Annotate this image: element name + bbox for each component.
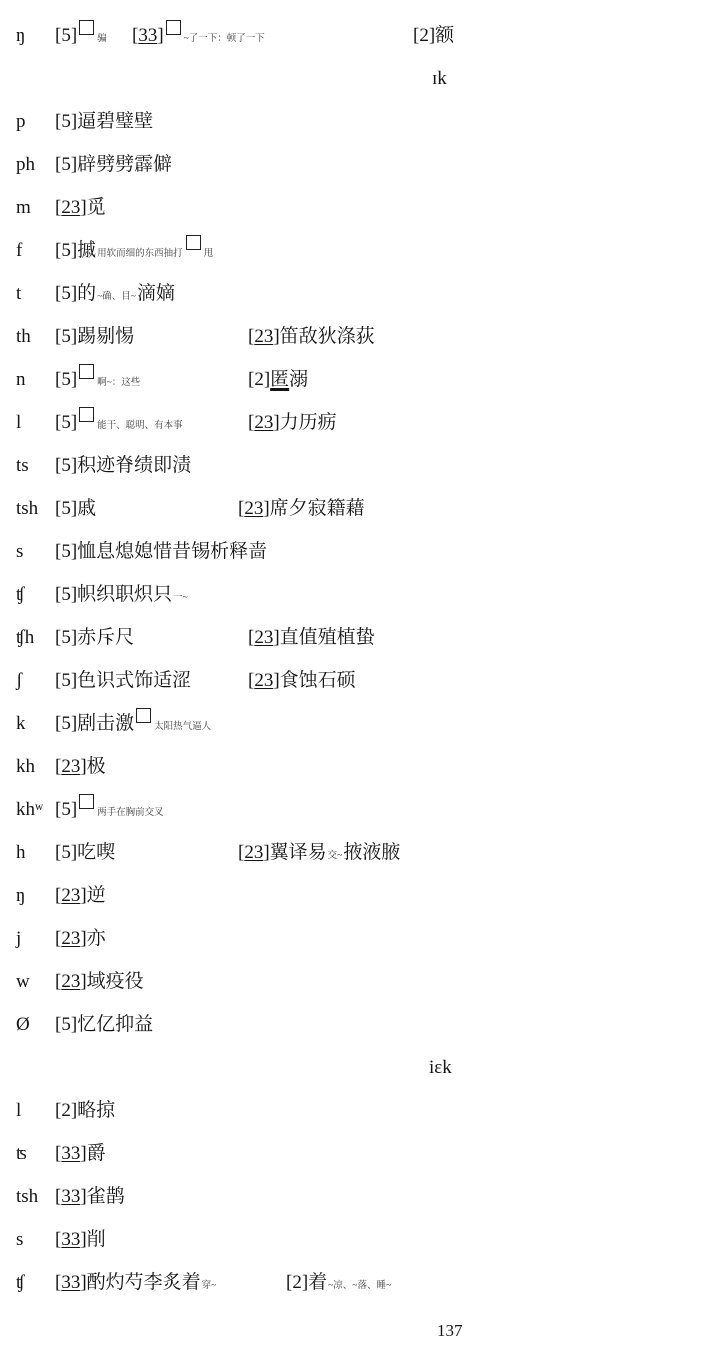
tone-value: 23 — [61, 928, 80, 949]
gloss-note: 啊~：这些 — [97, 378, 140, 388]
syllable-row: l2略掠 — [0, 1089, 720, 1132]
tone-marker: 23 — [55, 756, 87, 777]
characters: 域疫役 — [87, 971, 144, 992]
tone-value: 23 — [254, 670, 273, 691]
syllable-row: n5□啊~：这些2匿溺 — [0, 358, 720, 401]
characters: 酌灼芍李炙着 — [87, 1272, 201, 1293]
tone-value: 5 — [61, 111, 71, 132]
syllable-row: k5剧击激□太阳热气逼人 — [0, 702, 720, 745]
tone-marker: 23 — [55, 885, 87, 906]
tone-entry: 5□骗 — [55, 14, 108, 61]
tone-value: 2 — [419, 25, 429, 46]
characters: 逆 — [87, 885, 106, 906]
tone-value: 23 — [61, 756, 80, 777]
initial-consonant: ŋ — [16, 874, 25, 917]
tone-entry: 5辟劈劈霹僻 — [55, 143, 172, 186]
tone-marker: 33 — [55, 1186, 87, 1207]
missing-character-box: □ — [79, 794, 94, 809]
characters: 亦 — [87, 928, 106, 949]
characters: 笛敌狄涤荻 — [280, 326, 375, 347]
tone-value: 5 — [61, 842, 71, 863]
tone-entry: 23翼译易交~掖液腋 — [238, 831, 400, 878]
tone-entry: 23食蚀石硕 — [248, 659, 356, 702]
characters: 力历疬 — [280, 412, 337, 433]
characters: 逼碧璧壁 — [77, 111, 153, 132]
gloss-note: 骗 — [97, 34, 107, 44]
tone-marker: 5 — [55, 842, 77, 863]
tone-entry: 5帜织职炽只一~ — [55, 573, 189, 620]
tone-entry: 5赤斥尺 — [55, 616, 134, 659]
tone-value: 5 — [61, 412, 71, 433]
initial-consonant: ʧh — [16, 616, 34, 659]
characters: 直值殖植蛰 — [280, 627, 375, 648]
syllable-row: t5的~确、目~滴嫡 — [0, 272, 720, 315]
gloss-note: 两手在胸前交叉 — [97, 808, 164, 818]
tone-marker: 2 — [286, 1272, 308, 1293]
characters: 食蚀石硕 — [280, 670, 356, 691]
tone-entry: 33爵 — [55, 1132, 106, 1175]
initial-consonant: ʃ — [16, 659, 22, 702]
gloss-note: 能干、聪明、有本事 — [97, 421, 183, 431]
tone-entry: 2着~凉、~落、睡~ — [286, 1261, 392, 1308]
tone-value: 33 — [61, 1143, 80, 1164]
initial-consonant: l — [16, 401, 21, 444]
tone-entry: 5积迹脊绩即渍 — [55, 444, 191, 487]
underlined-character: 匿 — [270, 369, 289, 390]
syllable-row: f5摵用软而细的东西抽打□甩 — [0, 229, 720, 272]
characters: 恤息熄媳惜昔锡析释啬 — [77, 541, 267, 562]
initial-consonant: p — [16, 100, 26, 143]
tone-entry: 5剧击激□太阳热气逼人 — [55, 702, 212, 749]
tone-value: 23 — [61, 971, 80, 992]
tone-entry: 23席夕寂籍藉 — [238, 487, 365, 530]
tone-entry: 5吃喫 — [55, 831, 115, 874]
characters: 的 — [77, 283, 96, 304]
characters: 色识式饰适涩 — [77, 670, 191, 691]
characters: 额 — [435, 25, 454, 46]
missing-character-box: □ — [79, 20, 94, 35]
initial-consonant: n — [16, 358, 26, 401]
syllable-row: p5逼碧璧壁 — [0, 100, 720, 143]
characters: 戚 — [77, 498, 96, 519]
tone-entry: 5忆亿抑益 — [55, 1003, 153, 1046]
tone-marker: 5 — [55, 584, 77, 605]
tone-marker: 5 — [55, 111, 77, 132]
tone-marker: 5 — [55, 326, 77, 347]
tone-marker: 5 — [55, 369, 77, 390]
gloss-note: 穿~ — [202, 1281, 217, 1291]
gloss-note: ~凉、~落、睡~ — [328, 1281, 391, 1291]
tone-value: 33 — [138, 25, 157, 46]
tone-entry: 2略掠 — [55, 1089, 115, 1132]
tone-marker: 5 — [55, 627, 77, 648]
missing-character-box: □ — [79, 364, 94, 379]
tone-entry: 2额 — [413, 14, 454, 57]
initial-consonant: khʷ — [16, 788, 43, 831]
tone-entry: 2匿溺 — [248, 358, 308, 401]
tone-marker: 23 — [55, 197, 87, 218]
tone-value: 5 — [61, 670, 71, 691]
tone-entry: 23极 — [55, 745, 106, 788]
tone-value: 2 — [61, 1100, 71, 1121]
tone-marker: 5 — [55, 25, 77, 46]
characters: 着 — [308, 1272, 327, 1293]
tone-value: 5 — [61, 369, 71, 390]
tone-value: 5 — [61, 713, 71, 734]
tone-marker: 5 — [55, 412, 77, 433]
tone-entry: 23逆 — [55, 874, 106, 917]
tone-entry: 23笛敌狄涤荻 — [248, 315, 375, 358]
characters: 觅 — [87, 197, 106, 218]
tone-entry: 33酌灼芍李炙着穿~ — [55, 1261, 217, 1308]
syllable-row: ph5辟劈劈霹僻 — [0, 143, 720, 186]
tone-entry: 5摵用软而细的东西抽打□甩 — [55, 229, 214, 276]
tone-entry: 33雀鹊 — [55, 1175, 125, 1218]
tone-value: 23 — [254, 627, 273, 648]
tone-value: 23 — [61, 885, 80, 906]
tone-entry: 5色识式饰适涩 — [55, 659, 191, 702]
tone-marker: 5 — [55, 240, 77, 261]
initial-consonant: ʧ — [16, 1261, 25, 1304]
syllable-row: ts5积迹脊绩即渍 — [0, 444, 720, 487]
initial-consonant: th — [16, 315, 31, 358]
tone-marker: 23 — [248, 412, 280, 433]
syllable-row: khʷ5□两手在胸前交叉 — [0, 788, 720, 831]
tone-value: 33 — [61, 1229, 80, 1250]
initial-consonant: j — [16, 917, 21, 960]
syllable-row: tsh5戚23席夕寂籍藉 — [0, 487, 720, 530]
tone-marker: 33 — [55, 1143, 87, 1164]
tone-entry: 5戚 — [55, 487, 96, 530]
missing-character-box: □ — [186, 235, 201, 250]
syllable-row: w23域疫役 — [0, 960, 720, 1003]
tone-value: 2 — [254, 369, 264, 390]
tone-marker: 5 — [55, 541, 77, 562]
syllable-row: s33削 — [0, 1218, 720, 1261]
syllable-row: ʧh5赤斥尺23直值殖植蛰 — [0, 616, 720, 659]
rhyme-header-line: iɛk — [0, 1046, 720, 1089]
tone-marker: 33 — [55, 1272, 87, 1293]
missing-character-box: □ — [79, 407, 94, 422]
tone-marker: 2 — [55, 1100, 77, 1121]
tone-entry: 23直值殖植蛰 — [248, 616, 375, 659]
initial-consonant: s — [16, 1218, 23, 1261]
tone-entry: 23亦 — [55, 917, 106, 960]
initial-consonant: ph — [16, 143, 35, 186]
tone-entry: 23力历疬 — [248, 401, 337, 444]
tone-marker: 33 — [132, 25, 164, 46]
tone-entry: 23觅 — [55, 186, 106, 229]
tone-marker: 5 — [55, 799, 77, 820]
gloss-note: 一~ — [173, 593, 188, 603]
tone-value: 5 — [61, 283, 71, 304]
tone-marker: 23 — [248, 670, 280, 691]
characters: 忆亿抑益 — [77, 1014, 153, 1035]
document-page: ŋ5□骗33□~了一下：顿了一下2额ɪkp5逼碧璧壁ph5辟劈劈霹僻m23觅f5… — [0, 0, 720, 1371]
initial-consonant: ts — [16, 444, 29, 487]
gloss-note: ~确、目~ — [97, 292, 136, 302]
characters: 积迹脊绩即渍 — [77, 455, 191, 476]
initial-consonant: h — [16, 831, 26, 874]
tone-entry: 5逼碧璧壁 — [55, 100, 153, 143]
initial-consonant: kh — [16, 745, 35, 788]
characters: 辟劈劈霹僻 — [77, 154, 172, 175]
tone-value: 23 — [254, 412, 273, 433]
tone-value: 2 — [292, 1272, 302, 1293]
initial-consonant: t — [16, 272, 21, 315]
tone-value: 5 — [61, 25, 71, 46]
initial-consonant: k — [16, 702, 26, 745]
tone-value: 5 — [61, 627, 71, 648]
characters: 掖液腋 — [343, 842, 400, 863]
tone-value: 23 — [61, 197, 80, 218]
syllable-row: Ø5忆亿抑益 — [0, 1003, 720, 1046]
tone-marker: 5 — [55, 154, 77, 175]
tone-marker: 5 — [55, 498, 77, 519]
tone-value: 23 — [244, 498, 263, 519]
characters: 席夕寂籍藉 — [270, 498, 365, 519]
syllable-row: j23亦 — [0, 917, 720, 960]
tone-value: 23 — [254, 326, 273, 347]
tone-value: 5 — [61, 455, 71, 476]
tone-entry: 5恤息熄媳惜昔锡析释啬 — [55, 530, 267, 573]
tone-marker: 5 — [55, 1014, 77, 1035]
syllable-row: ŋ5□骗33□~了一下：顿了一下2额 — [0, 14, 720, 57]
characters: 滴嫡 — [137, 283, 175, 304]
tone-entry: 5的~确、目~滴嫡 — [55, 272, 175, 319]
tone-marker: 33 — [55, 1229, 87, 1250]
syllable-row: m23觅 — [0, 186, 720, 229]
tone-value: 33 — [61, 1272, 80, 1293]
syllabary-table: ŋ5□骗33□~了一下：顿了一下2额ɪkp5逼碧璧壁ph5辟劈劈霹僻m23觅f5… — [0, 14, 720, 1304]
initial-consonant: Ø — [16, 1003, 30, 1046]
syllable-row: ŋ23逆 — [0, 874, 720, 917]
tone-marker: 23 — [55, 928, 87, 949]
tone-marker: 2 — [413, 25, 435, 46]
rhyme-header: ɪk — [432, 57, 447, 100]
tone-value: 33 — [61, 1186, 80, 1207]
tone-value: 5 — [61, 541, 71, 562]
characters: 削 — [87, 1229, 106, 1250]
initial-consonant: ʧ — [16, 573, 25, 616]
missing-character-box: □ — [136, 708, 151, 723]
tone-entry: 5□两手在胸前交叉 — [55, 788, 165, 835]
characters: 爵 — [87, 1143, 106, 1164]
initial-consonant: m — [16, 186, 31, 229]
tone-marker: 23 — [248, 627, 280, 648]
syllable-row: tsh33雀鹊 — [0, 1175, 720, 1218]
tone-value: 23 — [244, 842, 263, 863]
syllable-row: l5□能干、聪明、有本事23力历疬 — [0, 401, 720, 444]
characters: 帜织职炽只 — [77, 584, 172, 605]
tone-marker: 23 — [238, 498, 270, 519]
initial-consonant: tsh — [16, 1175, 38, 1218]
initial-consonant: ŋ — [16, 14, 25, 57]
characters: 吃喫 — [77, 842, 115, 863]
tone-marker: 23 — [248, 326, 280, 347]
tone-entry: 5□能干、聪明、有本事 — [55, 401, 184, 448]
initial-consonant: ʦ — [16, 1132, 27, 1175]
tone-marker: 5 — [55, 283, 77, 304]
initial-consonant: f — [16, 229, 22, 272]
syllable-row: ʧ33酌灼芍李炙着穿~2着~凉、~落、睡~ — [0, 1261, 720, 1304]
tone-marker: 5 — [55, 455, 77, 476]
page-number: 137 — [437, 1321, 463, 1341]
syllable-row: ʦ33爵 — [0, 1132, 720, 1175]
initial-consonant: tsh — [16, 487, 38, 530]
tone-value: 5 — [61, 498, 71, 519]
syllable-row: kh23极 — [0, 745, 720, 788]
gloss-note: 交~ — [328, 851, 343, 861]
tone-marker: 5 — [55, 713, 77, 734]
characters: 剧击激 — [77, 713, 134, 734]
characters: 略掠 — [77, 1100, 115, 1121]
tone-value: 5 — [61, 154, 71, 175]
syllable-row: s5恤息熄媳惜昔锡析释啬 — [0, 530, 720, 573]
tone-entry: 33削 — [55, 1218, 106, 1261]
characters: 赤斥尺 — [77, 627, 134, 648]
characters: 雀鹊 — [87, 1186, 125, 1207]
tone-entry: 33□~了一下：顿了一下 — [132, 14, 266, 61]
tone-entry: 5踢剔惕 — [55, 315, 134, 358]
syllable-row: h5吃喫23翼译易交~掖液腋 — [0, 831, 720, 874]
tone-marker: 5 — [55, 670, 77, 691]
tone-marker: 23 — [238, 842, 270, 863]
characters: 踢剔惕 — [77, 326, 134, 347]
rhyme-header-line: ɪk — [0, 57, 720, 100]
tone-marker: 23 — [55, 971, 87, 992]
gloss-note: ~了一下：顿了一下 — [184, 34, 265, 44]
initial-consonant: l — [16, 1089, 21, 1132]
initial-consonant: w — [16, 960, 30, 1003]
tone-marker: 2 — [248, 369, 270, 390]
rhyme-header: iɛk — [429, 1046, 452, 1089]
characters: 溺 — [289, 369, 308, 390]
gloss-note: 用软而细的东西抽打 — [97, 249, 183, 259]
tone-value: 5 — [61, 1014, 71, 1035]
tone-value: 5 — [61, 326, 71, 347]
characters: 摵 — [77, 240, 96, 261]
syllable-row: th5踢剔惕23笛敌狄涤荻 — [0, 315, 720, 358]
tone-value: 5 — [61, 240, 71, 261]
syllable-row: ʧ5帜织职炽只一~ — [0, 573, 720, 616]
tone-value: 5 — [61, 799, 71, 820]
gloss-note: 甩 — [204, 249, 214, 259]
tone-value: 5 — [61, 584, 71, 605]
characters: 翼译易 — [270, 842, 327, 863]
gloss-note: 太阳热气逼人 — [154, 722, 211, 732]
missing-character-box: □ — [166, 20, 181, 35]
tone-entry: 5□啊~：这些 — [55, 358, 141, 405]
tone-entry: 23域疫役 — [55, 960, 144, 1003]
characters: 极 — [87, 756, 106, 777]
initial-consonant: s — [16, 530, 23, 573]
syllable-row: ʃ5色识式饰适涩23食蚀石硕 — [0, 659, 720, 702]
